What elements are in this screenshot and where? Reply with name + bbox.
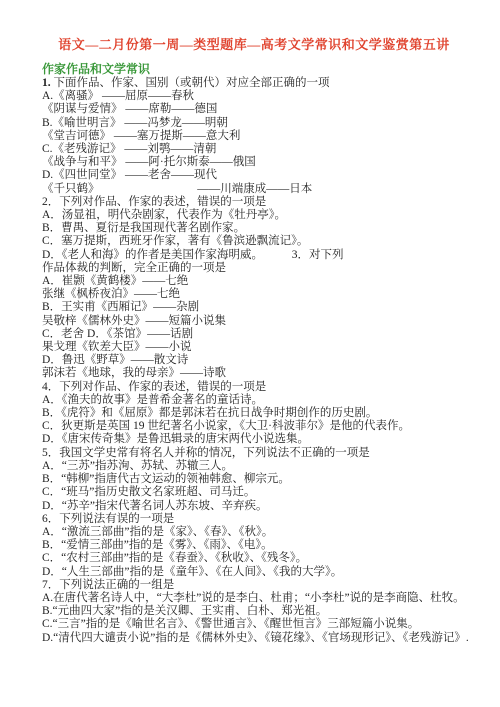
document-line: B．王实甫《西厢记》——杂剧 (42, 301, 466, 314)
document-line: 果戈理《钦差大臣》——小说 (42, 341, 466, 354)
document-line: C．狄更斯是英国 19 世纪著名小说家，《大卫·科波菲尔》是他的代表作。 (42, 420, 466, 433)
document-line: C.《老残游记》 ——刘鹗——清朝 (42, 143, 466, 156)
document-line: 1. 下面作品、作家、国别（或朝代）对应全部正确的一项 (42, 77, 466, 90)
document-line: 张继《枫桥夜泊》——七绝 (42, 288, 466, 301)
document-line: D.《四世同堂》 ——老舍——现代 (42, 169, 466, 182)
document-line: 郭沫若《地球，我的母亲》——诗歌 (42, 367, 466, 380)
document-line: D.“清代四大谴责小说”指的是《儒林外史》、《镜花缘》、《官场现形记》、《老残游… (42, 632, 466, 645)
document-line: C．“农村三部曲”指的是《春蚕》、《秋收》、《残冬》。 (42, 552, 466, 565)
document-line: 2．下列对作品、作家的表述，错误的一项是 (42, 196, 466, 209)
document-line: 5．我国文学史常有将名人并称的情况，下列说法不正确的一项是 (42, 447, 466, 460)
document-line: C．“班马”指历史散文名家班超、司马迁。 (42, 486, 466, 499)
document-body: 1. 下面作品、作家、国别（或朝代）对应全部正确的一项A.《离骚》 ——屈原——… (42, 77, 466, 645)
document-line: D．《唐宋传奇集》是鲁迅辑录的唐宋两代小说选集。 (42, 433, 466, 446)
document-line: A．崔颢《黄鹤楼》——七绝 (42, 275, 466, 288)
document-line: 7．下列说法正确的一组是 (42, 579, 466, 592)
document-line: D．“人生三部曲”指的是《童年》、《在人间》、《我的大学》。 (42, 566, 466, 579)
document-line: B.“元曲四大家”指的是关汉卿、王实甫、白朴、郑光祖。 (42, 605, 466, 618)
document-line: B.《喻世明言》 ——冯梦龙——明朝 (42, 117, 466, 130)
document-line: D．《老人和海》的作者是美国作家海明威。 3．对下列 (42, 249, 466, 262)
document-line: A．“激流三部曲”指的是《家》、《春》、《秋》。 (42, 526, 466, 539)
section-heading: 作家作品和文学常识 (42, 63, 466, 76)
document-line: D．“苏辛”指宋代著名词人苏东坡、辛弃疾。 (42, 500, 466, 513)
document-line: B．《虎符》和《屈原》都是郭沫若在抗日战争时期创作的历史剧。 (42, 407, 466, 420)
document-line: A．“三苏”指苏洵、苏轼、苏辙三人。 (42, 460, 466, 473)
document-line: 4．下列对作品、作家的表述，错误的一项是 (42, 381, 466, 394)
document-line: D．鲁迅《野草》——散文诗 (42, 354, 466, 367)
document-line: A．汤显祖，明代杂剧家，代表作为《牡丹亭》。 (42, 209, 466, 222)
document-line: C.“三言”指的是《喻世名言》、《警世通言》、《醒世恒言》三部短篇小说集。 (42, 618, 466, 631)
document-line: A.《离骚》 ——屈原——春秋 (42, 90, 466, 103)
document-page: 语文—二月份第一周—类型题库—高考文学常识和文学鉴赏第五讲 作家作品和文学常识 … (0, 0, 500, 707)
document-line: A．《渔夫的故事》是普希金著名的童话诗。 (42, 394, 466, 407)
document-line: 《堂吉诃德》 ——塞万提斯——意大利 (42, 130, 466, 143)
document-line: 6．下列说法有误的一项是 (42, 513, 466, 526)
document-line: 《战争与和平》 ——阿·托尔斯泰——俄国 (42, 156, 466, 169)
document-line: A.在唐代著名诗人中，“大李杜”说的是李白、杜甫；“小李杜”说的是李商隐、杜牧。 (42, 592, 466, 605)
document-line: C．塞万提斯，西班牙作家，著有《鲁滨逊飘流记》。 (42, 235, 466, 248)
document-title: 语文—二月份第一周—类型题库—高考文学常识和文学鉴赏第五讲 (42, 38, 466, 52)
document-line: 《阴谋与爱情》 ——席勒——德国 (42, 103, 466, 116)
document-line: B．“韩柳”指唐代古文运动的领袖韩愈、柳宗元。 (42, 473, 466, 486)
document-line: B．“爱情三部曲”指的是《雾》、《雨》、《电》。 (42, 539, 466, 552)
question-number: 1. (42, 77, 51, 89)
document-line: 作品体裁的判断，完全正确的一项是 (42, 262, 466, 275)
document-line: B．曹禺、夏衍是我国现代著名剧作家。 (42, 222, 466, 235)
document-line: 吴敬梓《儒林外史》——短篇小说集 (42, 315, 466, 328)
document-line: C．老舍 D．《茶馆》——话剧 (42, 328, 466, 341)
document-line: 《千只鹤》 ——川端康成——日本 (42, 183, 466, 196)
